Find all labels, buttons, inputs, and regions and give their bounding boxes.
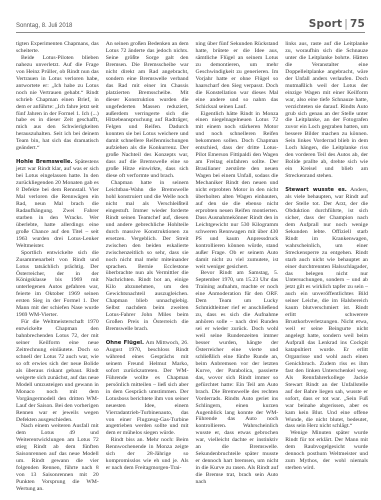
paragraph-text: Rindt biss an. Mehr noch: Beim Rennwoche… <box>106 437 189 471</box>
paragraph: tigten Experimenten Chapmans, das scheit… <box>16 41 99 55</box>
separator: | <box>342 18 350 30</box>
paragraph: Wenige Minuten später wurde Rindt für to… <box>285 430 368 472</box>
paragraph-text: Chapman hatte in seinem Leichtbau-Wahn d… <box>106 180 189 332</box>
article-column-1: tigten Experimenten Chapmans, das scheit… <box>16 41 99 446</box>
paragraph: Eigentlich hätte Rindt in Monza einen ni… <box>196 111 279 271</box>
subheading-paragraph: Hohle Bremswelle. Spätestens jetzt war R… <box>16 159 99 249</box>
paragraph-text: Eigentlich hätte Rindt in Monza einen ni… <box>196 111 279 270</box>
paragraph: Sportlich entwickelte sich die Zusammena… <box>16 250 99 320</box>
page-number: 75 <box>350 18 365 30</box>
paragraph: Chapman hatte in seinem Leichtbau-Wahn d… <box>106 180 189 333</box>
paragraph-text: Beide Lotus-Piloten blieben nahezu unver… <box>16 55 99 151</box>
paragraph: Rindt biss an. Mehr noch: Beim Rennwoche… <box>106 437 189 472</box>
paragraph-text: tigten Experimenten Chapmans, das scheit… <box>16 41 99 54</box>
section-page-label: Sport|75 <box>309 18 365 30</box>
paragraph: ning über fünf Sekunden Rückstand hatte,… <box>196 41 279 111</box>
paragraph: Bevor Rindt am Samstag, 5. September 197… <box>196 270 279 486</box>
paragraph-text: Wenige Minuten später wurde Rindt für to… <box>285 430 368 471</box>
paragraph-text: Spätestens jetzt war Rindt klar, auf was… <box>16 159 99 248</box>
article-body: tigten Experimenten Chapmans, das scheit… <box>16 41 368 446</box>
issue-date: Sonntag, 8. Juli 2018 <box>16 23 72 29</box>
subheading-paragraph: Ohne Flügel. Am Mittwoch, 26. August 197… <box>106 340 189 437</box>
paragraph-text: Am Mittwoch, 26. August 1970, beschloss … <box>106 340 189 436</box>
paragraph: links aus, raste auf die Leitplanke zu, … <box>285 41 368 180</box>
article-column-4: links aus, raste auf die Leitplanke zu, … <box>285 41 368 446</box>
article-column-3: ning über fünf Sekunden Rückstand hatte,… <box>196 41 279 446</box>
paragraph-text: Anders, als viele behaupten, war Rindt a… <box>285 187 368 429</box>
paragraph-text: Bevor Rindt am Samstag, 5. September 197… <box>196 270 279 485</box>
paragraph: Für die Weltmeisterschaft 1970 entwickel… <box>16 319 99 423</box>
paragraph-text: Sportlich entwickelte sich die Zusammena… <box>16 250 99 319</box>
page-header: Sonntag, 8. Juli 2018 Sport|75 <box>16 0 365 33</box>
article-column-2: An seinen großen Bedenken an dem Lotus 7… <box>106 41 189 446</box>
paragraph-text: An seinen großen Bedenken an dem Lotus 7… <box>106 41 189 179</box>
paragraph-text: links aus, raste auf die Leitplanke zu, … <box>285 41 368 179</box>
paragraph-text: ning über fünf Sekunden Rückstand hatte,… <box>196 41 279 110</box>
paragraph: An seinen großen Bedenken an dem Lotus 7… <box>106 41 189 180</box>
paragraph-text: Nach einem weiteren Ausfall mit dem Lotu… <box>16 423 99 492</box>
section-name: Sport <box>309 18 343 30</box>
section-kicker: Hohle Bremswelle. <box>16 159 73 165</box>
section-kicker: Ohne Flügel. <box>106 340 144 346</box>
paragraph: Beide Lotus-Piloten blieben nahezu unver… <box>16 55 99 152</box>
paragraph: Nach einem weiteren Ausfall mit dem Lotu… <box>16 423 99 493</box>
section-kicker: Stewart wusste es. <box>285 187 347 193</box>
paragraph-text: Für die Weltmeisterschaft 1970 entwickel… <box>16 319 99 422</box>
subheading-paragraph: Stewart wusste es. Anders, als viele beh… <box>285 187 368 430</box>
